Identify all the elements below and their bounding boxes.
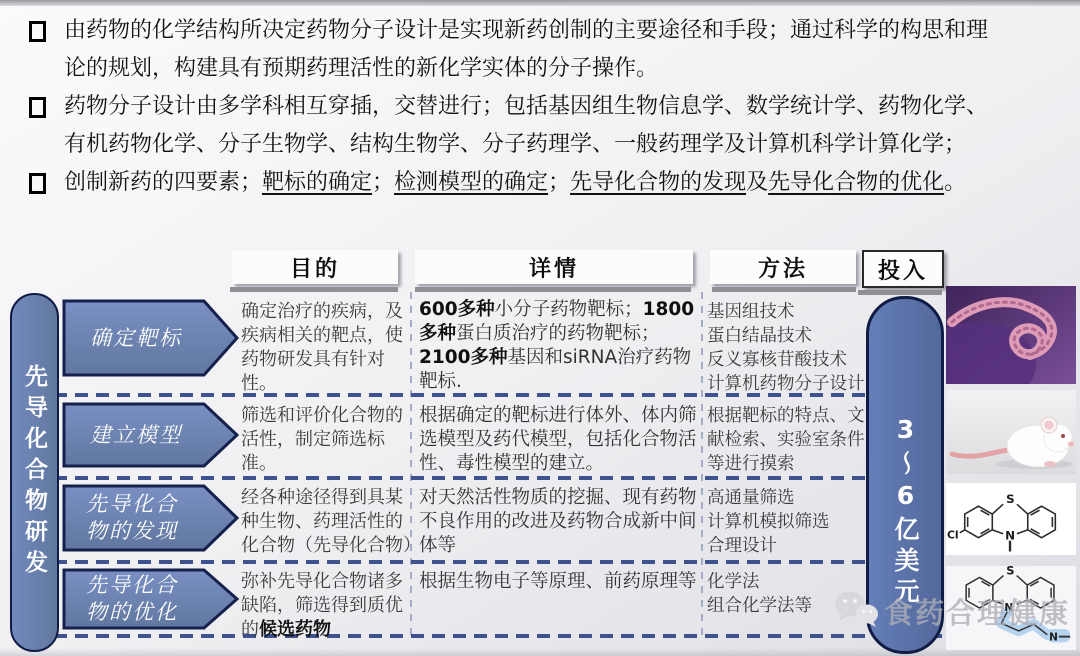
bullet-item-3: 创制新药的四要素；靶标的确定；检测模型的确定；先导化合物的发现及先导化合物的优化… — [28, 164, 998, 202]
bullet3-underlined: 先导化合物的发现 — [570, 170, 746, 195]
row-divider — [54, 634, 942, 638]
stage-arrow-lead-discovery: 先导化合物的发现 — [62, 484, 240, 552]
purpose-cell-3: 经各种途径得到具某种生物、药理活性的化合物（先导化合物） — [241, 486, 413, 558]
molecule-structure-1: S N Cl — [946, 483, 1076, 555]
row-divider — [54, 560, 942, 564]
details-text: 蛋白质治疗的药物靶标； — [456, 323, 660, 344]
method-item: 计算机药物分子设计 — [707, 372, 879, 396]
bullet3-segment: 。 — [944, 170, 966, 195]
molecule-structure-2: S N N — [946, 566, 1076, 650]
purpose-cell-4: 弥补先导化合物诸多缺陷，筛选得到质优的候选药物 — [241, 570, 413, 642]
header-underline-bar — [858, 290, 942, 295]
purpose-cell-2: 筛选和评价化合物的活性，制定筛选标准。 — [241, 404, 413, 476]
slide: 由药物的化学结构所决定药物分子设计是实现新药创制的主要途径和手段；通过科学的构思… — [0, 0, 1080, 656]
method-item: 蛋白结晶技术 — [707, 324, 879, 348]
atom-label-s: S — [1006, 492, 1015, 506]
atom-label-n: N — [1049, 631, 1058, 643]
bullet-text-2: 药物分子设计由多学科相互穿插，交替进行；包括基因组生物信息学、数学统计学、药物化… — [64, 94, 988, 157]
details-bold: 2100多种 — [419, 347, 508, 368]
bullet3-underlined: 先导化合物的优化 — [768, 170, 944, 195]
stage-label: 建立模型 — [70, 402, 202, 468]
column-header-investment: 投入 — [862, 250, 944, 288]
side-pill-label: 先导化合物研发 — [18, 364, 51, 581]
details-text: 小分子药物靶标； — [495, 299, 643, 320]
purpose-bold-text: 候选药物 — [259, 619, 331, 640]
atom-label-n: N — [1004, 602, 1013, 614]
details-cell-3: 对天然活性物质的挖掘、现有药物不良作用的改进及药物合成新中间体等 — [419, 486, 701, 558]
chromosome-image — [946, 286, 1076, 384]
bullet3-underlined: 检测模型的确定 — [394, 170, 548, 195]
bullet3-segment: ； — [548, 170, 570, 195]
investment-pill: 3～6亿美元 — [866, 296, 944, 654]
square-bullet-icon — [29, 21, 46, 42]
details-cell-1: 600多种小分子药物靶标；1800多种蛋白质治疗的药物靶标；2100多种基因和s… — [419, 298, 701, 394]
stage-arrow-identify-target: 确定靶标 — [62, 299, 240, 377]
method-item: 反义寡核苷酸技术 — [707, 348, 879, 372]
bullet-item-1: 由药物的化学结构所决定药物分子设计是实现新药创制的主要途径和手段；通过科学的构思… — [28, 12, 998, 88]
method-item: 计算机模拟筛选 — [707, 510, 879, 534]
method-item: 根据靶标的特点、文献检索、实验室条件等进行摸索 — [707, 404, 879, 476]
bullet-item-2: 药物分子设计由多学科相互穿插，交替进行；包括基因组生物信息学、数学统计学、药物化… — [28, 88, 998, 164]
purpose-cell-1: 确定治疗的疾病，及疾病相关的靶点，使药物研发具有针对性。 — [241, 300, 413, 396]
stage-arrow-build-model: 建立模型 — [62, 402, 240, 468]
details-cell-4: 根据生物电子等原理、前药原理等 — [419, 570, 701, 594]
atom-label-s: S — [1006, 566, 1014, 578]
stage-label: 确定靶标 — [70, 299, 202, 377]
bullet3-segment: ； — [372, 170, 394, 195]
atom-label-n: N — [1005, 529, 1015, 543]
methods-cell-4: 化学法 组合化学法等 — [707, 570, 879, 618]
row-divider — [54, 476, 942, 480]
header-underline-bar — [415, 287, 691, 292]
bullet3-segment: 及 — [746, 170, 768, 195]
method-item: 化学法 — [707, 570, 879, 594]
square-bullet-icon — [29, 173, 46, 194]
method-item: 合理设计 — [707, 534, 879, 558]
stage-arrow-lead-optimization: 先导化合物的优化 — [62, 568, 240, 630]
bullet-list: 由药物的化学结构所决定药物分子设计是实现新药创制的主要途径和手段；通过科学的构思… — [28, 12, 998, 202]
method-item: 高通量筛选 — [707, 486, 879, 510]
bullet3-segment: 创制新药的四要素； — [64, 170, 262, 195]
lead-compound-rd-pill: 先导化合物研发 — [10, 293, 59, 652]
methods-cell-1: 基因组技术 蛋白结晶技术 反义寡核苷酸技术 计算机药物分子设计 — [707, 300, 879, 396]
stage-label: 先导化合物的优化 — [82, 568, 182, 630]
column-header-details: 详情 — [415, 250, 693, 284]
column-header-purpose: 目的 — [232, 250, 398, 284]
square-bullet-icon — [29, 97, 46, 118]
bullet3-underlined: 靶标的确定 — [262, 170, 372, 195]
header-underline-bar — [230, 287, 398, 292]
mouse-image — [946, 390, 1076, 474]
atom-label-cl: Cl — [947, 529, 959, 542]
methods-cell-3: 高通量筛选 计算机模拟筛选 合理设计 — [707, 486, 879, 558]
column-divider — [701, 292, 703, 636]
bullet-text-1: 由药物的化学结构所决定药物分子设计是实现新药创制的主要途径和手段；通过科学的构思… — [64, 18, 988, 81]
slide-top-edge — [0, 0, 1080, 6]
stage-label: 先导化合物的发现 — [82, 484, 182, 552]
investment-value: 3～6亿美元 — [887, 415, 923, 651]
header-underline-bar — [712, 287, 856, 292]
details-cell-2: 根据确定的靶标进行体外、体内筛选模型及药代模型，包括化合物活性、毒性模型的建立。 — [419, 404, 701, 476]
methods-cell-2: 根据靶标的特点、文献检索、实验室条件等进行摸索 — [707, 404, 879, 476]
method-item: 组合化学法等 — [707, 594, 879, 618]
details-bold: 600多种 — [419, 299, 495, 320]
column-header-methods: 方法 — [710, 250, 856, 284]
method-item: 基因组技术 — [707, 300, 879, 324]
